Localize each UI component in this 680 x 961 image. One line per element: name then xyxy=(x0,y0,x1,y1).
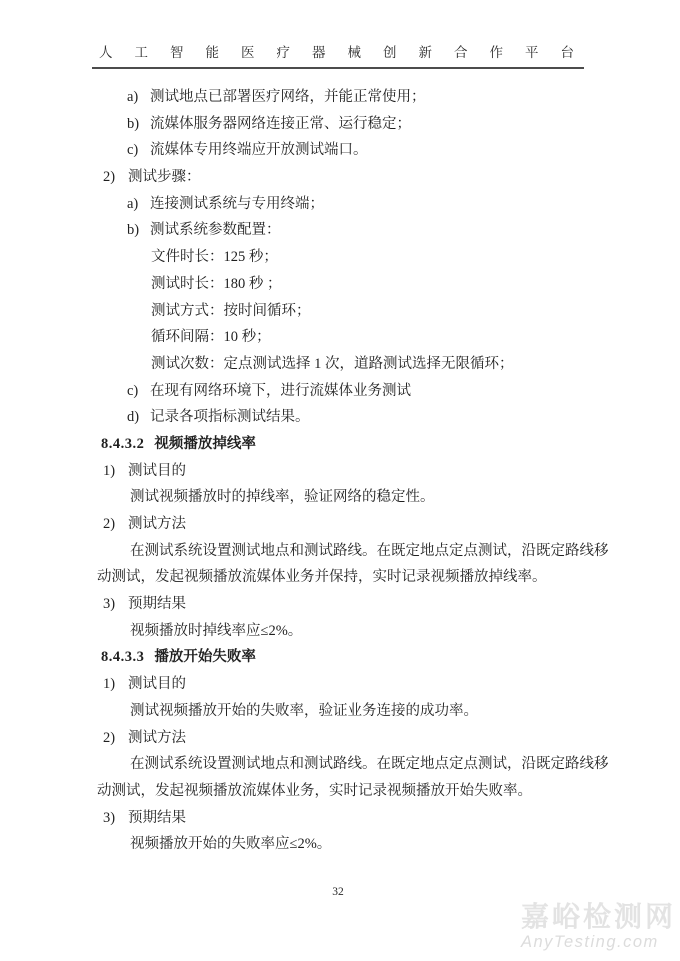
list-item: b)流媒体服务器网络连接正常、运行稳定； xyxy=(97,111,587,138)
list-item: b)测试系统参数配置： xyxy=(97,217,587,244)
line-text: 动测试，发起视频播放流媒体业务并保持，实时记录视频播放掉线率。 xyxy=(97,569,547,585)
line-text: 流媒体服务器网络连接正常、运行稳定； xyxy=(150,116,411,132)
list-item: 2)测试方法 xyxy=(97,725,587,752)
line-text: 视频播放开始的失败率应≤2%。 xyxy=(130,836,331,852)
list-marker: a) xyxy=(127,191,150,218)
paragraph-line: 动测试，发起视频播放流媒体业务，实时记录视频播放开始失败率。 xyxy=(97,778,587,805)
list-marker: 3) xyxy=(103,805,128,832)
section-heading: 8.4.3.3播放开始失败率 xyxy=(97,644,587,671)
line-text: 测试方法 xyxy=(128,730,186,746)
line-text: 预期结果 xyxy=(128,596,186,612)
paragraph-line: 文件时长：125 秒； xyxy=(97,244,587,271)
list-marker: a) xyxy=(127,84,150,111)
list-item: 2)测试方法 xyxy=(97,511,587,538)
document-page: 人工智能医疗器械创新合作平台 a)测试地点已部署医疗网络，并能正常使用；b)流媒… xyxy=(0,0,680,961)
paragraph-line: 动测试，发起视频播放流媒体业务并保持，实时记录视频播放掉线率。 xyxy=(97,564,587,591)
line-text: 文件时长：125 秒； xyxy=(151,249,278,265)
heading-text: 播放开始失败率 xyxy=(154,649,256,665)
line-text: 测试方式：按时间循环； xyxy=(151,303,311,319)
list-marker: 2) xyxy=(103,164,128,191)
list-item: 3)预期结果 xyxy=(97,591,587,618)
line-text: 测试目的 xyxy=(128,463,186,479)
paragraph-line: 在测试系统设置测试地点和测试路线。在既定地点定点测试，沿既定路线移 xyxy=(97,538,587,565)
paragraph-line: 测试视频播放时的掉线率，验证网络的稳定性。 xyxy=(97,484,587,511)
paragraph-line: 循环间隔：10 秒； xyxy=(97,324,587,351)
heading-number: 8.4.3.3 xyxy=(101,649,144,665)
line-text: 记录各项指标测试结果。 xyxy=(150,409,310,425)
paragraph-line: 测试视频播放开始的失败率，验证业务连接的成功率。 xyxy=(97,698,587,725)
list-marker: c) xyxy=(127,137,150,164)
line-text: 测试系统参数配置： xyxy=(150,222,281,238)
list-marker: 1) xyxy=(103,671,128,698)
list-item: c)在现有网络环境下，进行流媒体业务测试 xyxy=(97,378,587,405)
header-title: 人工智能医疗器械创新合作平台 xyxy=(92,44,584,62)
list-marker: b) xyxy=(127,111,150,138)
page-number: 32 xyxy=(92,884,584,900)
paragraph-line: 测试次数：定点测试选择 1 次，道路测试选择无限循环； xyxy=(97,351,587,378)
line-text: 在测试系统设置测试地点和测试路线。在既定地点定点测试，沿既定路线移 xyxy=(130,756,609,772)
list-item: d)记录各项指标测试结果。 xyxy=(97,404,587,431)
section-heading: 8.4.3.2视频播放掉线率 xyxy=(97,431,587,458)
line-text: 测试视频播放开始的失败率，验证业务连接的成功率。 xyxy=(130,703,478,719)
list-item: a)连接测试系统与专用终端； xyxy=(97,191,587,218)
list-item: 1)测试目的 xyxy=(97,458,587,485)
list-marker: b) xyxy=(127,217,150,244)
line-text: 测试方法 xyxy=(128,516,186,532)
line-text: 预期结果 xyxy=(128,810,186,826)
paragraph-line: 测试时长：180 秒 ； xyxy=(97,271,587,298)
list-marker: 3) xyxy=(103,591,128,618)
line-text: 在现有网络环境下，进行流媒体业务测试 xyxy=(150,383,411,399)
line-text: 流媒体专用终端应开放测试端口。 xyxy=(150,142,368,158)
list-item: c)流媒体专用终端应开放测试端口。 xyxy=(97,137,587,164)
list-marker: 2) xyxy=(103,725,128,752)
document-body: a)测试地点已部署医疗网络，并能正常使用；b)流媒体服务器网络连接正常、运行稳定… xyxy=(97,84,587,858)
line-text: 测试地点已部署医疗网络，并能正常使用； xyxy=(150,89,426,105)
watermark-site-name: 嘉峪检测网 xyxy=(521,902,676,932)
list-marker: 2) xyxy=(103,511,128,538)
paragraph-line: 视频播放时掉线率应≤2%。 xyxy=(97,618,587,645)
line-text: 动测试，发起视频播放流媒体业务，实时记录视频播放开始失败率。 xyxy=(97,783,532,799)
list-item: 3)预期结果 xyxy=(97,805,587,832)
watermark: 嘉峪检测网 AnyTesting.com xyxy=(521,902,676,951)
line-text: 测试目的 xyxy=(128,676,186,692)
line-text: 视频播放时掉线率应≤2%。 xyxy=(130,623,302,639)
list-item: 2)测试步骤： xyxy=(97,164,587,191)
paragraph-line: 测试方式：按时间循环； xyxy=(97,298,587,325)
watermark-site-url: AnyTesting.com xyxy=(521,933,676,951)
paragraph-line: 视频播放开始的失败率应≤2%。 xyxy=(97,831,587,858)
list-item: 1)测试目的 xyxy=(97,671,587,698)
page-header: 人工智能医疗器械创新合作平台 xyxy=(92,44,584,69)
list-item: a)测试地点已部署医疗网络，并能正常使用； xyxy=(97,84,587,111)
line-text: 测试时长：180 秒 ； xyxy=(151,276,282,292)
line-text: 在测试系统设置测试地点和测试路线。在既定地点定点测试，沿既定路线移 xyxy=(130,543,609,559)
line-text: 连接测试系统与专用终端； xyxy=(150,196,324,212)
heading-number: 8.4.3.2 xyxy=(101,436,144,452)
heading-text: 视频播放掉线率 xyxy=(154,436,256,452)
line-text: 循环间隔：10 秒； xyxy=(151,329,271,345)
list-marker: d) xyxy=(127,404,150,431)
line-text: 测试步骤： xyxy=(128,169,201,185)
list-marker: 1) xyxy=(103,458,128,485)
paragraph-line: 在测试系统设置测试地点和测试路线。在既定地点定点测试，沿既定路线移 xyxy=(97,751,587,778)
list-marker: c) xyxy=(127,378,150,405)
line-text: 测试次数：定点测试选择 1 次，道路测试选择无限循环； xyxy=(151,356,514,372)
line-text: 测试视频播放时的掉线率，验证网络的稳定性。 xyxy=(130,489,435,505)
